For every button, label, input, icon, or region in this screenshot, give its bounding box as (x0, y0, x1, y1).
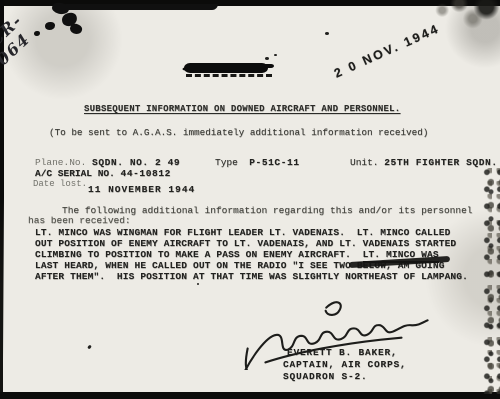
scan-edge-top-bump (58, 4, 218, 10)
signer-unit: SQUADRON S-2. (283, 372, 368, 382)
unit-value: 25TH FIGHTER SQDN. (384, 157, 497, 168)
scan-edge-right-mottle (483, 168, 500, 394)
body-line-5: AFTER THEM". HIS POSITION AT THAT TIME W… (35, 272, 468, 282)
plane-number-label: Plane.No. (35, 157, 86, 168)
unit-label: Unit. (350, 157, 379, 168)
document-title: SUBSEQUENT INFORMATION ON DOWNED AIRCRAF… (84, 104, 400, 114)
plane-number-field: Plane.No. SQDN. NO. 2 49 (35, 158, 180, 168)
type-value: P-51C-11 (249, 157, 299, 168)
plane-number-value: SQDN. NO. 2 49 (92, 157, 180, 168)
date-lost-value: 11 NOVEMBER 1944 (88, 185, 195, 195)
signer-name: EVERETT B. BAKER, (287, 348, 398, 358)
type-field: Type P-51C-11 (215, 158, 300, 168)
signer-rank: CAPTAIN, AIR CORPS, (283, 360, 407, 370)
dashed-underline (186, 74, 272, 77)
ink-speck (265, 57, 269, 60)
ink-speck (197, 283, 199, 285)
body-line-3: CLIMBING TO POSITION TO MAKE A PASS ON E… (35, 250, 439, 260)
unit-field: Unit. 25TH FIGHTER SQDN. (350, 158, 498, 168)
serial-value: 44-10812 (121, 168, 171, 179)
type-label: Type (215, 157, 238, 168)
body-line-3-text: CLIMBING TO POSITION TO MAKE A PASS ON E… (35, 249, 363, 260)
date-lost-label: Date lost. (33, 179, 87, 189)
intro-line-2: has been received: (28, 216, 131, 226)
body-line-1: LT. MINCO WAS WINGMAN FOR FLIGHT LEADER … (35, 228, 450, 238)
serial-field: A/C SERIAL NO. 44-10812 (35, 169, 171, 179)
scanned-document: MACR-10064 2 0 NOV. 1944 SUBSEQUENT INFO… (0, 0, 500, 399)
ink-speck (325, 32, 329, 35)
serial-label: A/C SERIAL NO. (35, 168, 115, 179)
document-subtitle: (To be sent to A.G.A.S. immediately addi… (49, 128, 428, 138)
body-line-2: OUT POSITION OF ENEMY AIRCRAFT TO LT. VA… (35, 239, 456, 249)
inked-out-stamp (184, 63, 268, 73)
scan-edge-bottom (0, 392, 500, 399)
scan-corner-smudge (432, 0, 500, 34)
body-line-4-text: LAST HEARD, WHEN HE CALLED OUT ON THE RA… (35, 260, 357, 271)
ink-speck (274, 54, 277, 56)
